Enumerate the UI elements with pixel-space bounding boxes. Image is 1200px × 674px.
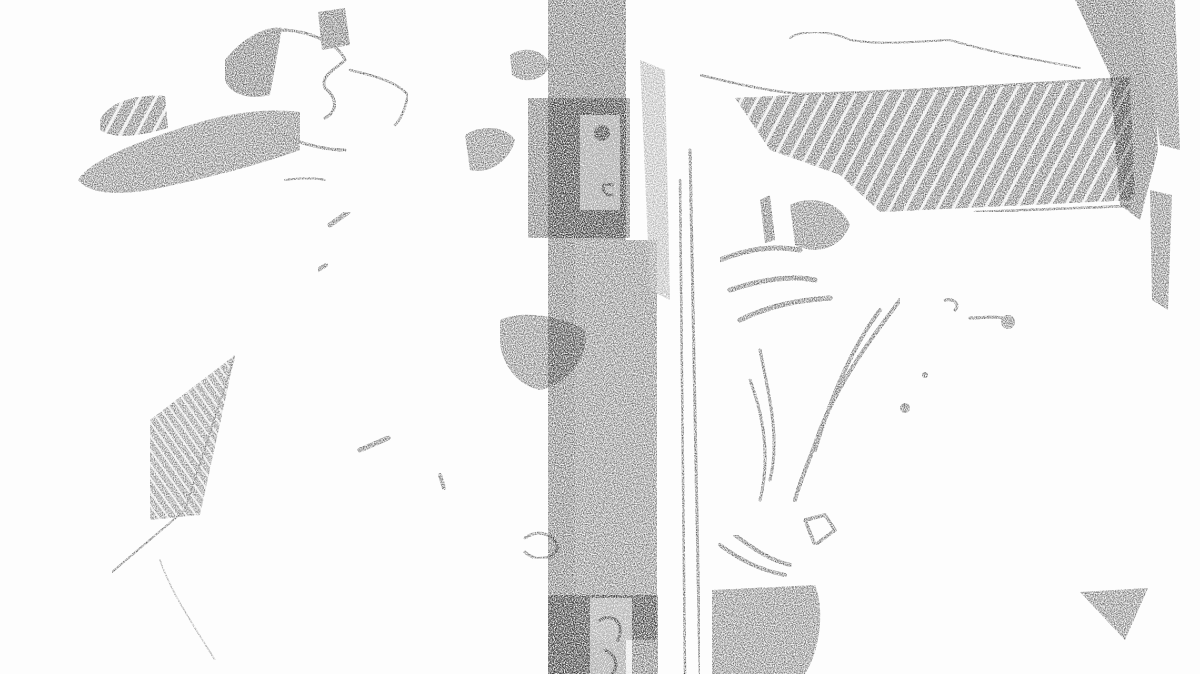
screw-hole-icon [594,125,610,141]
bottom-block-left [548,595,658,674]
pencil-sketch [0,0,1200,674]
hinge-plate [528,98,630,238]
